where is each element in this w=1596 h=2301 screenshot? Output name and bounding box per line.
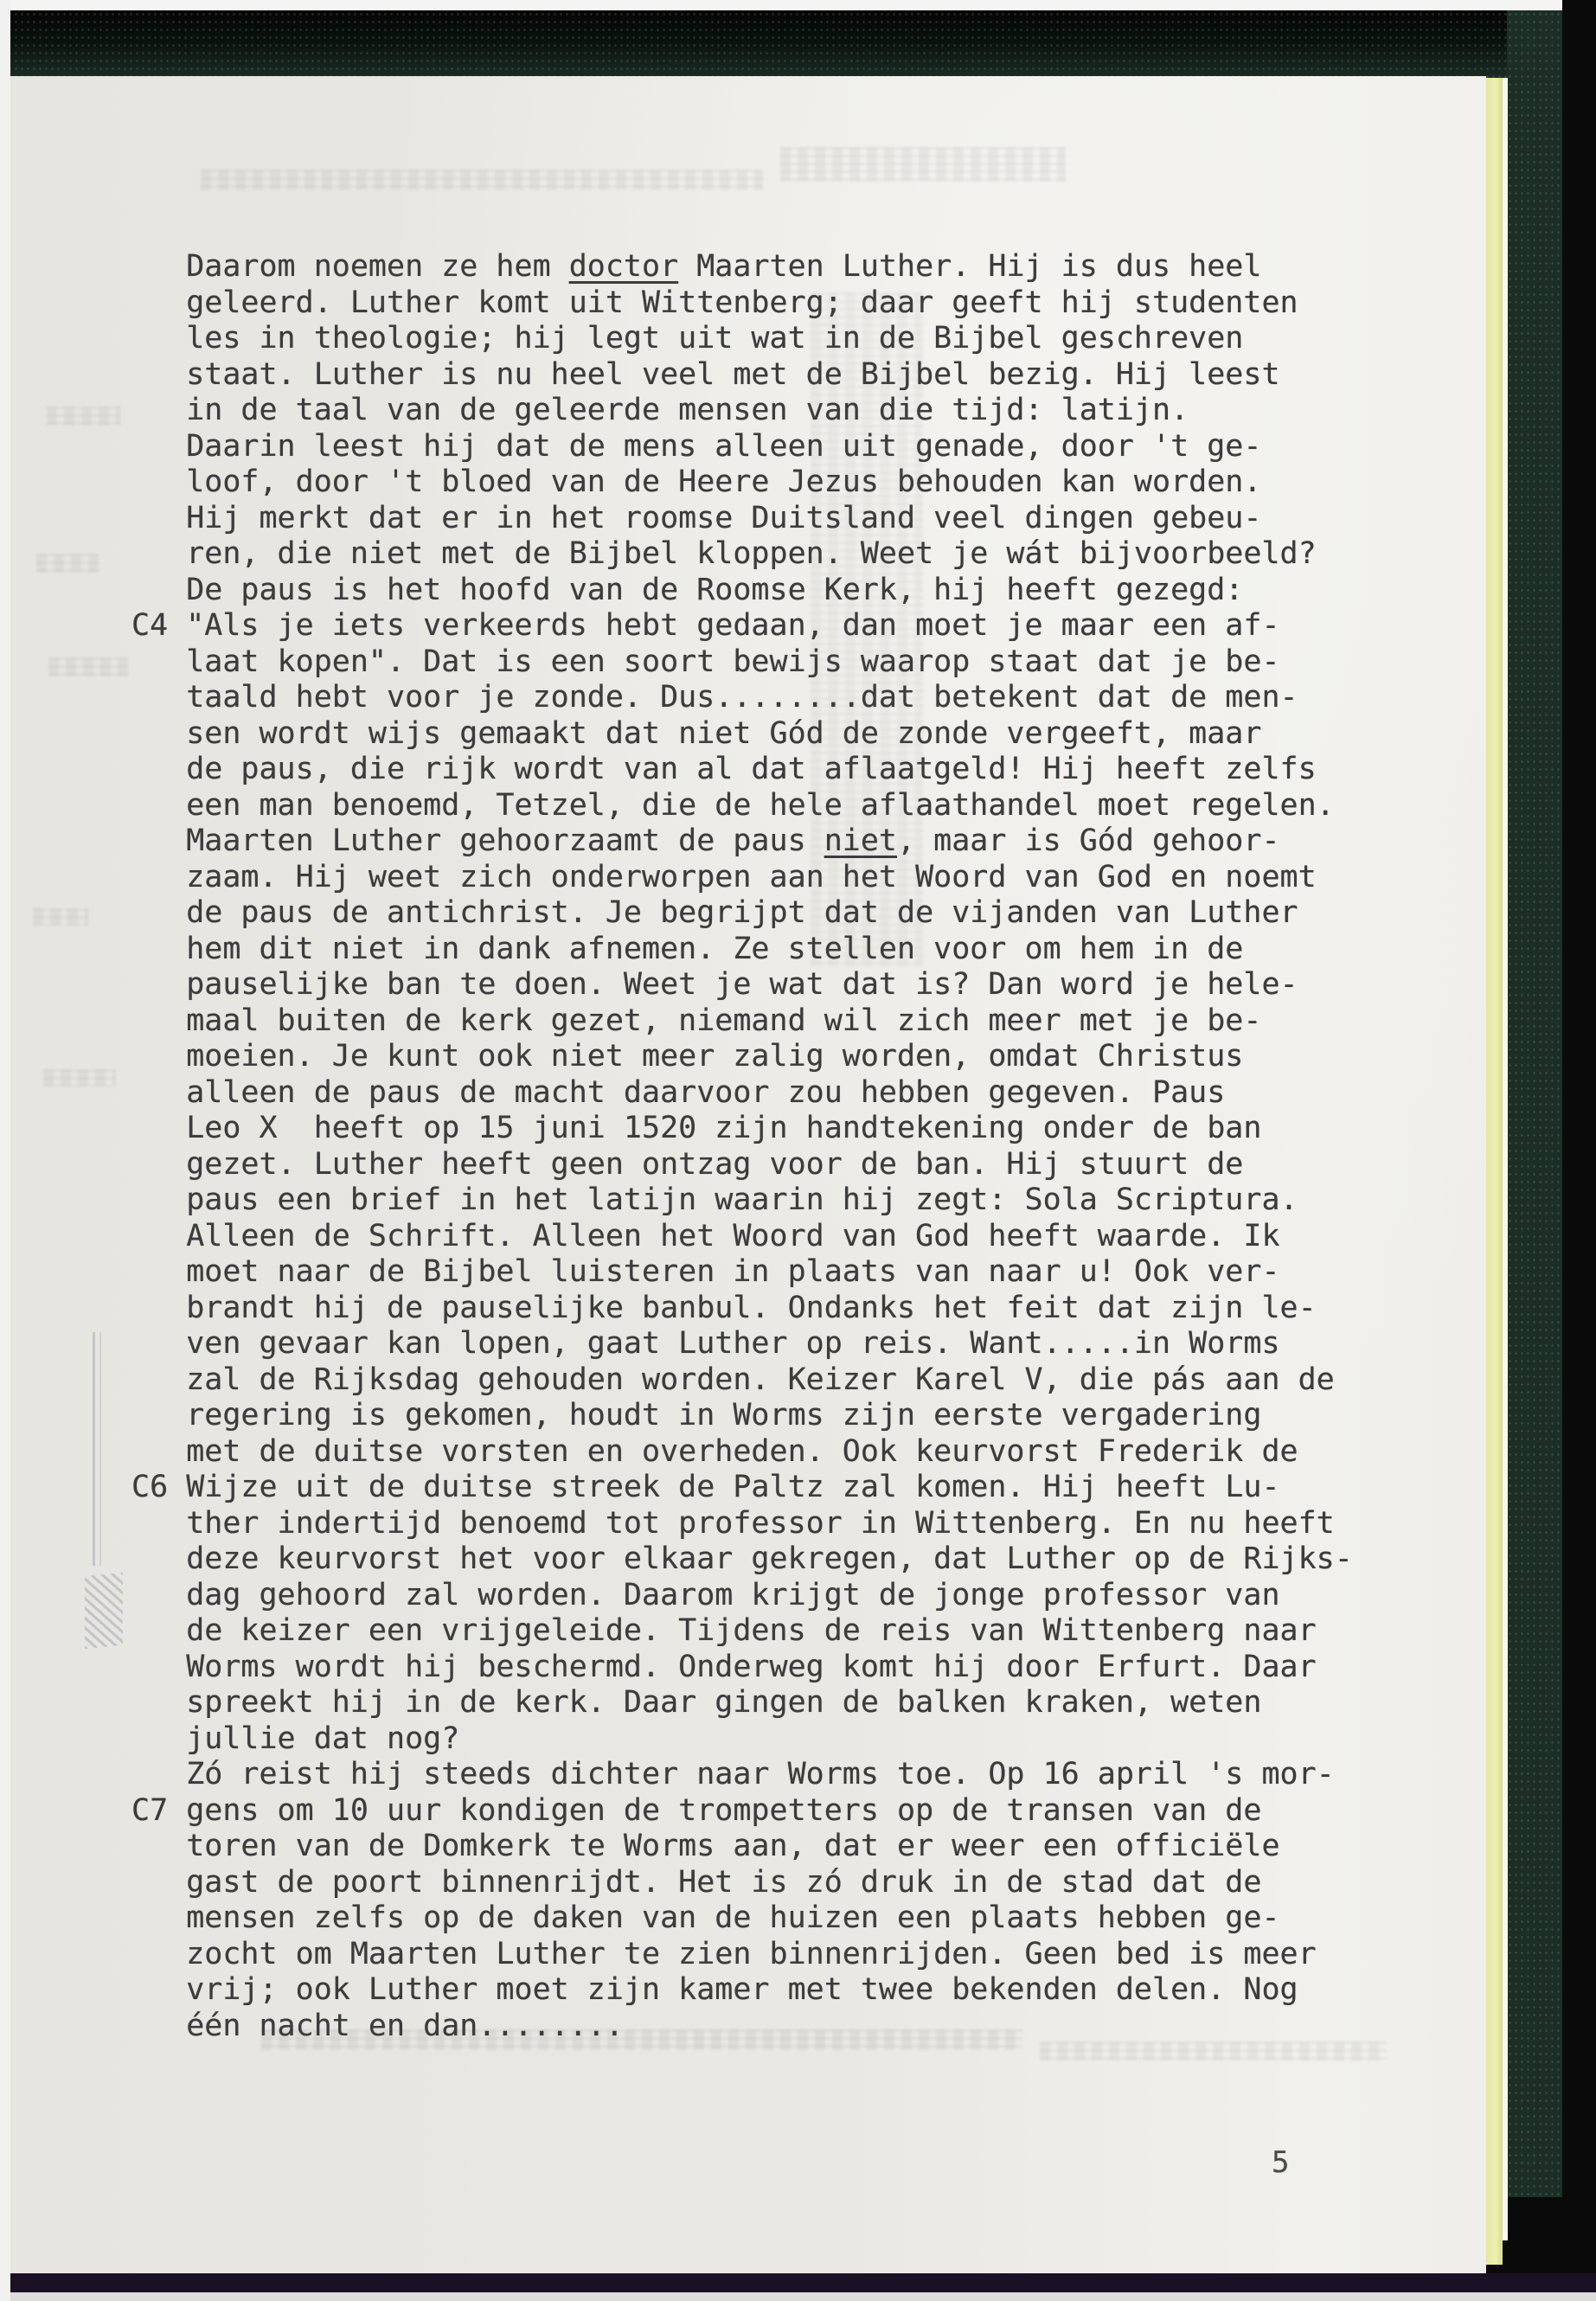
marker-gutter <box>131 967 186 1003</box>
scan-background-bottom-strip <box>0 2292 1596 2301</box>
text-line-content: pauselijke ban te doen. Weet je wat dat … <box>186 967 1298 1003</box>
marker-gutter <box>131 1900 186 1937</box>
text-line-content: de keizer een vrijgeleide. Tijdens de re… <box>186 1613 1316 1650</box>
ghost-bleedthrough-margin-3 <box>48 657 128 676</box>
text-line-content: alleen de paus de macht daarvoor zou heb… <box>186 1075 1225 1112</box>
text-line: geleerd. Luther komt uit Wittenberg; daa… <box>131 285 1353 322</box>
scan-background-top-strip <box>0 0 1596 10</box>
marker-gutter <box>131 1254 186 1291</box>
marker-gutter <box>131 1721 186 1758</box>
text-line-content: ren, die niet met de Bijbel kloppen. Wee… <box>186 536 1316 573</box>
paragraph-marker: C6 <box>131 1470 186 1506</box>
text-line-content: brandt hij de pauselijke banbul. Ondanks… <box>186 1291 1316 1327</box>
marker-gutter <box>131 501 186 537</box>
text-line: Hij merkt dat er in het roomse Duitsland… <box>131 501 1353 537</box>
text-line: de paus de antichrist. Je begrijpt dat d… <box>131 895 1353 932</box>
marker-gutter <box>131 1075 186 1112</box>
marker-gutter <box>131 1434 186 1471</box>
text-line: gast de poort binnenrijdt. Het is zó dru… <box>131 1865 1353 1901</box>
text-line: hem dit niet in dank afnemen. Ze stellen… <box>131 932 1353 968</box>
marker-gutter <box>131 1685 186 1721</box>
marker-gutter <box>131 1111 186 1147</box>
marker-gutter <box>131 752 186 788</box>
page-edges-right <box>1486 78 1503 2265</box>
text-line-content: regering is gekomen, houdt in Worms zijn… <box>186 1398 1261 1434</box>
text-line: met de duitse vorsten en overheden. Ook … <box>131 1434 1353 1471</box>
text-line-content: gezet. Luther heeft geen ontzag voor de … <box>186 1147 1243 1183</box>
text-line-content: Maarten Luther gehoorzaamt de paus niet,… <box>186 824 1279 860</box>
marker-gutter <box>131 1506 186 1542</box>
ghost-bleedthrough-header <box>201 170 763 190</box>
text-line: zal de Rijksdag gehouden worden. Keizer … <box>131 1362 1353 1399</box>
ghost-bleedthrough-topright <box>780 147 1066 182</box>
book-cover-top-edge <box>7 10 1596 81</box>
text-line-content: vrij; ook Luther moet zijn kamer met twe… <box>186 1972 1298 2009</box>
ghost-bleedthrough-margin-2 <box>36 554 99 573</box>
marker-gutter <box>131 680 186 716</box>
text-line-content: jullie dat nog? <box>186 1721 459 1758</box>
marker-gutter <box>131 824 186 860</box>
ghost-margin-rule-line-2 <box>99 1332 101 1566</box>
text-line: ven gevaar kan lopen, gaat Luther op rei… <box>131 1326 1353 1362</box>
text-line: sen wordt wijs gemaakt dat niet Gód de z… <box>131 716 1353 753</box>
text-line-content: Hij merkt dat er in het roomse Duitsland… <box>186 501 1261 537</box>
text-line-content: dag gehoord zal worden. Daarom krijgt de… <box>186 1578 1279 1614</box>
text-line: Maarten Luther gehoorzaamt de paus niet,… <box>131 824 1353 860</box>
marker-gutter <box>131 1362 186 1399</box>
text-line: spreekt hij in de kerk. Daar gingen de b… <box>131 1685 1353 1721</box>
book-cover-right-edge <box>1507 10 1562 2206</box>
text-line: C6Wijze uit de duitse streek de Paltz za… <box>131 1470 1353 1506</box>
text-line-content: Worms wordt hij beschermd. Onderweg komt… <box>186 1650 1316 1686</box>
text-line: brandt hij de pauselijke banbul. Ondanks… <box>131 1291 1353 1327</box>
text-line-content: Daarin leest hij dat de mens alleen uit … <box>186 429 1261 465</box>
page-edge-highlight <box>1503 78 1508 2240</box>
typewritten-text: Daarom noemen ze hem doctor Maarten Luth… <box>131 249 1353 2044</box>
text-line-content: de paus de antichrist. Je begrijpt dat d… <box>186 895 1298 932</box>
marker-gutter <box>131 788 186 824</box>
ghost-margin-hatched-figure <box>85 1573 123 1650</box>
marker-gutter <box>131 895 186 932</box>
marker-gutter <box>131 357 186 394</box>
marker-gutter <box>131 321 186 357</box>
text-line-content: ven gevaar kan lopen, gaat Luther op rei… <box>186 1326 1279 1362</box>
text-line: jullie dat nog? <box>131 1721 1353 1758</box>
text-line: maal buiten de kerk gezet, niemand wil z… <box>131 1003 1353 1040</box>
text-line: Zó reist hij steeds dichter naar Worms t… <box>131 1757 1353 1793</box>
text-line: de keizer een vrijgeleide. Tijdens de re… <box>131 1613 1353 1650</box>
text-line: regering is gekomen, houdt in Worms zijn… <box>131 1398 1353 1434</box>
text-line: Daarin leest hij dat de mens alleen uit … <box>131 429 1353 465</box>
text-line-content: zal de Rijksdag gehouden worden. Keizer … <box>186 1362 1335 1399</box>
marker-gutter <box>131 249 186 285</box>
text-line-content: staat. Luther is nu heel veel met de Bij… <box>186 357 1279 394</box>
text-line: ther indertijd benoemd tot professor in … <box>131 1506 1353 1542</box>
text-line-content: moet naar de Bijbel luisteren in plaats … <box>186 1254 1279 1291</box>
text-line-content: zocht om Maarten Luther te zien binnenri… <box>186 1937 1316 1973</box>
text-line: zocht om Maarten Luther te zien binnenri… <box>131 1937 1353 1973</box>
marker-gutter <box>131 1829 186 1865</box>
text-line: Daarom noemen ze hem doctor Maarten Luth… <box>131 249 1353 285</box>
scanned-book-photo: Daarom noemen ze hem doctor Maarten Luth… <box>0 0 1596 2301</box>
paragraph-marker: C7 <box>131 1793 186 1830</box>
text-line-content: taald hebt voor je zonde. Dus........dat… <box>186 680 1298 716</box>
marker-gutter <box>131 1219 186 1255</box>
text-line: C7gens om 10 uur kondigen de trompetters… <box>131 1793 1353 1830</box>
marker-gutter <box>131 1003 186 1040</box>
text-line-content: geleerd. Luther komt uit Wittenberg; daa… <box>186 285 1298 322</box>
text-line: één nacht en dan........ <box>131 2009 1353 2045</box>
paragraph-marker: C4 <box>131 608 186 644</box>
text-line-content: gast de poort binnenrijdt. Het is zó dru… <box>186 1865 1261 1901</box>
text-line: mensen zelfs op de daken van de huizen e… <box>131 1900 1353 1937</box>
text-line: ren, die niet met de Bijbel kloppen. Wee… <box>131 536 1353 573</box>
text-line: pauselijke ban te doen. Weet je wat dat … <box>131 967 1353 1003</box>
text-line: les in theologie; hij legt uit wat in de… <box>131 321 1353 357</box>
text-line-content: De paus is het hoofd van de Roomse Kerk,… <box>186 573 1243 609</box>
marker-gutter <box>131 644 186 681</box>
text-line-content: Daarom noemen ze hem doctor Maarten Luth… <box>186 249 1261 285</box>
text-line-content: Leo X heeft op 15 juni 1520 zijn handtek… <box>186 1111 1261 1147</box>
text-line-content: Alleen de Schrift. Alleen het Woord van … <box>186 1219 1279 1255</box>
marker-gutter <box>131 393 186 429</box>
text-line-content: een man benoemd, Tetzel, die de hele afl… <box>186 788 1335 824</box>
marker-gutter <box>131 1398 186 1434</box>
marker-gutter <box>131 716 186 753</box>
text-line: staat. Luther is nu heel veel met de Bij… <box>131 357 1353 394</box>
text-line-content: één nacht en dan........ <box>186 2009 624 2045</box>
marker-gutter <box>131 429 186 465</box>
scan-background-left-strip <box>0 0 10 2301</box>
text-line: zaam. Hij weet zich onderworpen aan het … <box>131 860 1353 896</box>
marker-gutter <box>131 1578 186 1614</box>
text-line-content: maal buiten de kerk gezet, niemand wil z… <box>186 1003 1261 1040</box>
text-line-content: zaam. Hij weet zich onderworpen aan het … <box>186 860 1316 896</box>
text-line-content: toren van de Domkerk te Worms aan, dat e… <box>186 1829 1279 1865</box>
text-line: loof, door 't bloed van de Heere Jezus b… <box>131 465 1353 501</box>
book-bottom-shadow-band <box>0 2273 1596 2294</box>
marker-gutter <box>131 285 186 322</box>
marker-gutter <box>131 1326 186 1362</box>
text-line: moeien. Je kunt ook niet meer zalig word… <box>131 1039 1353 1075</box>
page-number: 5 <box>1272 2145 1289 2180</box>
text-line: De paus is het hoofd van de Roomse Kerk,… <box>131 573 1353 609</box>
marker-gutter <box>131 1757 186 1793</box>
text-line: taald hebt voor je zonde. Dus........dat… <box>131 680 1353 716</box>
text-line: dag gehoord zal worden. Daarom krijgt de… <box>131 1578 1353 1614</box>
text-line-content: spreekt hij in de kerk. Daar gingen de b… <box>186 1685 1261 1721</box>
text-line-content: ther indertijd benoemd tot professor in … <box>186 1506 1335 1542</box>
marker-gutter <box>131 2009 186 2045</box>
marker-gutter <box>131 1183 186 1219</box>
text-line-content: sen wordt wijs gemaakt dat niet Gód de z… <box>186 716 1261 753</box>
text-line-content: Zó reist hij steeds dichter naar Worms t… <box>186 1757 1335 1793</box>
text-line: gezet. Luther heeft geen ontzag voor de … <box>131 1147 1353 1183</box>
text-line-content: in de taal van de geleerde mensen van di… <box>186 393 1189 429</box>
text-line-content: de paus, die rijk wordt van al dat aflaa… <box>186 752 1316 788</box>
text-line-content: hem dit niet in dank afnemen. Ze stellen… <box>186 932 1243 968</box>
text-line: de paus, die rijk wordt van al dat aflaa… <box>131 752 1353 788</box>
text-line: Alleen de Schrift. Alleen het Woord van … <box>131 1219 1353 1255</box>
text-line: Leo X heeft op 15 juni 1520 zijn handtek… <box>131 1111 1353 1147</box>
marker-gutter <box>131 536 186 573</box>
text-line-content: loof, door 't bloed van de Heere Jezus b… <box>186 465 1261 501</box>
marker-gutter <box>131 1147 186 1183</box>
text-line: een man benoemd, Tetzel, die de hele afl… <box>131 788 1353 824</box>
text-line-content: laat kopen". Dat is een soort bewijs waa… <box>186 644 1279 681</box>
text-line-content: deze keurvorst het voor elkaar gekregen,… <box>186 1541 1353 1578</box>
text-line: deze keurvorst het voor elkaar gekregen,… <box>131 1541 1353 1578</box>
marker-gutter <box>131 1937 186 1973</box>
text-line: C4"Als je iets verkeerds hebt gedaan, da… <box>131 608 1353 644</box>
text-line-content: moeien. Je kunt ook niet meer zalig word… <box>186 1039 1243 1075</box>
scan-background-right <box>1562 0 1596 2301</box>
ghost-bleedthrough-margin-4 <box>33 908 88 926</box>
text-line-content: gens om 10 uur kondigen de trompetters o… <box>186 1793 1261 1830</box>
text-line: Worms wordt hij beschermd. Onderweg komt… <box>131 1650 1353 1686</box>
marker-gutter <box>131 860 186 896</box>
ghost-bleedthrough-bottom-2 <box>1040 2041 1386 2061</box>
text-line: paus een brief in het latijn waarin hij … <box>131 1183 1353 1219</box>
text-line: moet naar de Bijbel luisteren in plaats … <box>131 1254 1353 1291</box>
marker-gutter <box>131 1972 186 2009</box>
marker-gutter <box>131 1650 186 1686</box>
ghost-bleedthrough-margin-5 <box>43 1069 116 1086</box>
text-line: vrij; ook Luther moet zijn kamer met twe… <box>131 1972 1353 2009</box>
text-line-content: met de duitse vorsten en overheden. Ook … <box>186 1434 1298 1471</box>
marker-gutter <box>131 1039 186 1075</box>
text-line-content: mensen zelfs op de daken van de huizen e… <box>186 1900 1279 1937</box>
marker-gutter <box>131 1865 186 1901</box>
book-page: Daarom noemen ze hem doctor Maarten Luth… <box>10 76 1486 2275</box>
text-line: in de taal van de geleerde mensen van di… <box>131 393 1353 429</box>
text-line: toren van de Domkerk te Worms aan, dat e… <box>131 1829 1353 1865</box>
ghost-margin-rule-line <box>93 1332 95 1566</box>
marker-gutter <box>131 573 186 609</box>
text-line: alleen de paus de macht daarvoor zou heb… <box>131 1075 1353 1112</box>
text-line-content: Wijze uit de duitse streek de Paltz zal … <box>186 1470 1279 1506</box>
text-line-content: les in theologie; hij legt uit wat in de… <box>186 321 1243 357</box>
marker-gutter <box>131 932 186 968</box>
marker-gutter <box>131 1613 186 1650</box>
ghost-bleedthrough-margin-1 <box>47 407 120 426</box>
marker-gutter <box>131 1291 186 1327</box>
marker-gutter <box>131 1541 186 1578</box>
text-line-content: "Als je iets verkeerds hebt gedaan, dan … <box>186 608 1279 644</box>
text-line-content: paus een brief in het latijn waarin hij … <box>186 1183 1298 1219</box>
text-line: laat kopen". Dat is een soort bewijs waa… <box>131 644 1353 681</box>
marker-gutter <box>131 465 186 501</box>
